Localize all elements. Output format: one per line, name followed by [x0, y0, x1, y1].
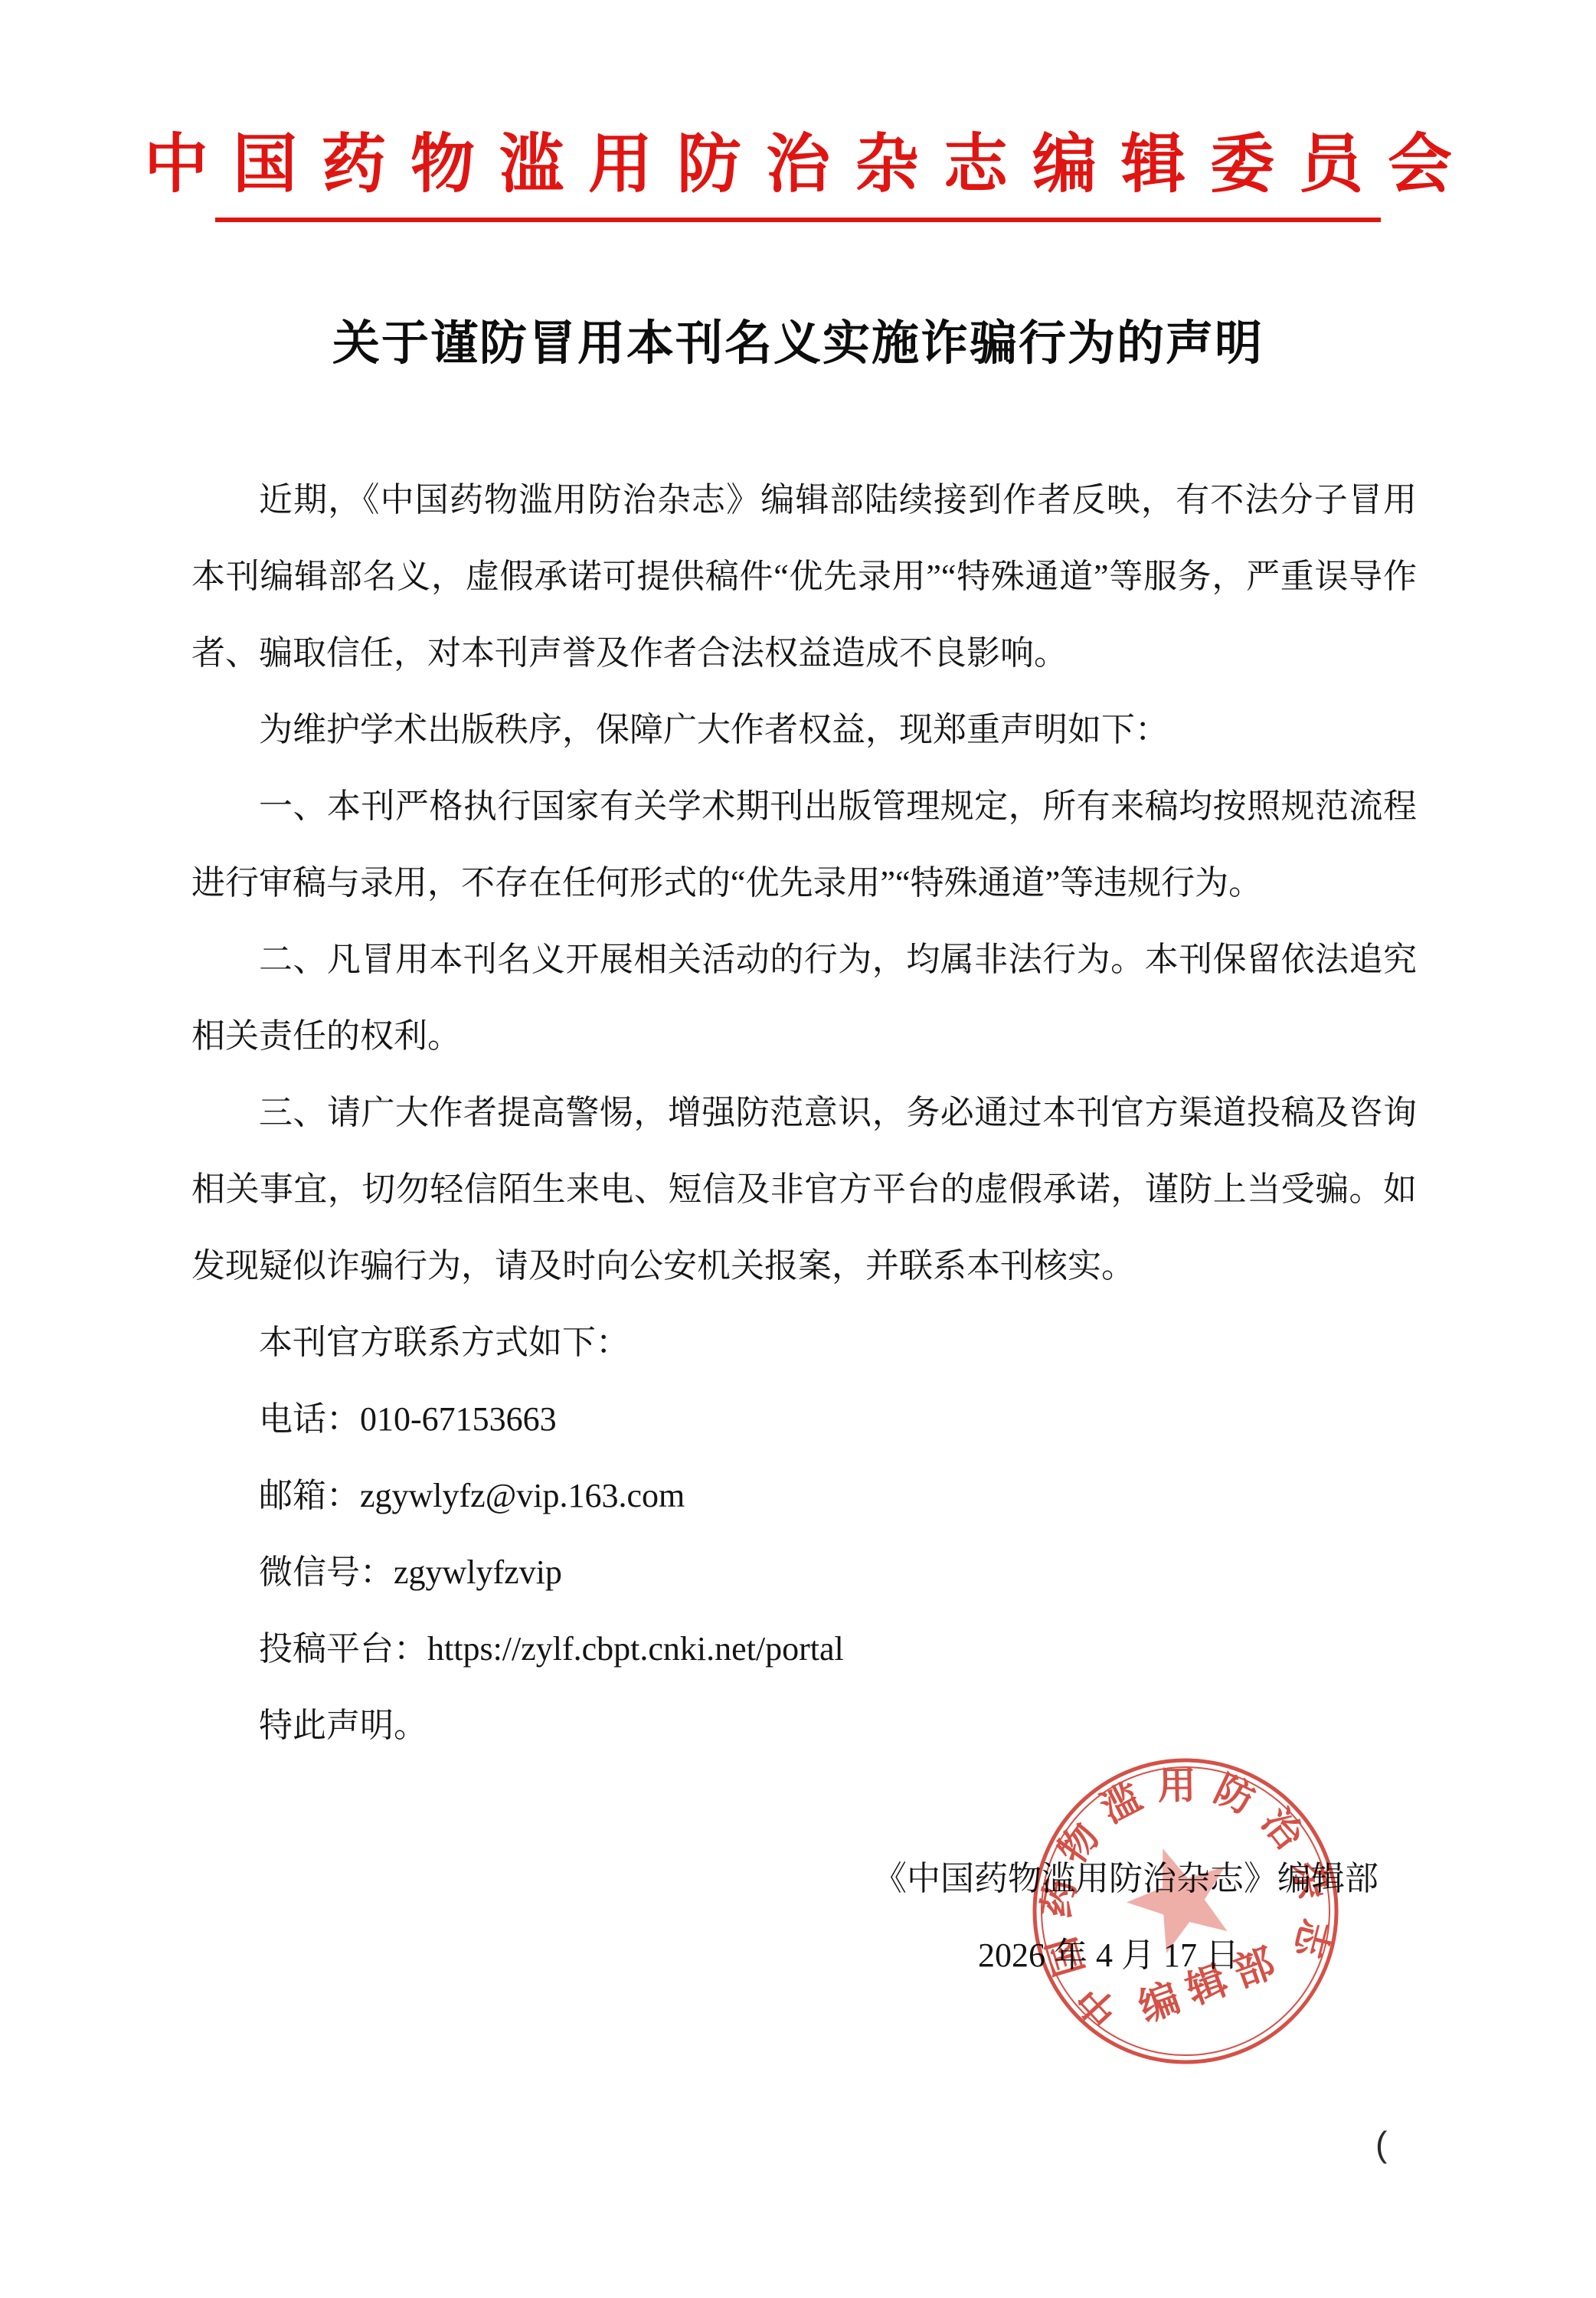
- document-title: 关于谨防冒用本刊名义实施诈骗行为的声明: [0, 313, 1596, 375]
- letterhead-title: 中国药物滥用防治杂志编辑委员会: [0, 129, 1596, 202]
- contact-email: 邮箱：zgywlyfz@vip.163.com: [191, 1458, 1417, 1534]
- letterhead-rule: [215, 218, 1381, 222]
- paragraph-contact-heading: 本刊官方联系方式如下：: [191, 1304, 1417, 1381]
- paragraph-closing: 特此声明。: [191, 1687, 1417, 1764]
- paragraph-intro: 近期，《中国药物滥用防治杂志》编辑部陆续接到作者反映，有不法分子冒用本刊编辑部名…: [191, 462, 1417, 692]
- signature-date: 2026 年 4 月 17 日: [191, 1917, 1417, 1994]
- scan-artifact-parenthesis: (: [1375, 2123, 1387, 2165]
- document-page: 中国药物滥用防治杂志编辑委员会 关于谨防冒用本刊名义实施诈骗行为的声明 近期，《…: [0, 0, 1596, 2298]
- document-body: 近期，《中国药物滥用防治杂志》编辑部陆续接到作者反映，有不法分子冒用本刊编辑部名…: [191, 462, 1417, 1994]
- contact-phone: 电话：010-67153663: [191, 1381, 1417, 1458]
- paragraph-purpose: 为维护学术出版秩序，保障广大作者权益，现郑重声明如下：: [191, 692, 1417, 768]
- paragraph-item-1: 一、本刊严格执行国家有关学术期刊出版管理规定，所有来稿均按照规范流程进行审稿与录…: [191, 768, 1417, 921]
- paragraph-item-2: 二、凡冒用本刊名义开展相关活动的行为，均属非法行为。本刊保留依法追究相关责任的权…: [191, 921, 1417, 1075]
- paragraph-item-3: 三、请广大作者提高警惕，增强防范意识，务必通过本刊官方渠道投稿及咨询相关事宜，切…: [191, 1075, 1417, 1304]
- contact-submission-platform: 投稿平台：https://zylf.cbpt.cnki.net/portal: [191, 1611, 1417, 1687]
- contact-wechat: 微信号：zgywlyfzvip: [191, 1534, 1417, 1611]
- signature-editorial-department: 《中国药物滥用防治杂志》编辑部: [191, 1841, 1417, 1917]
